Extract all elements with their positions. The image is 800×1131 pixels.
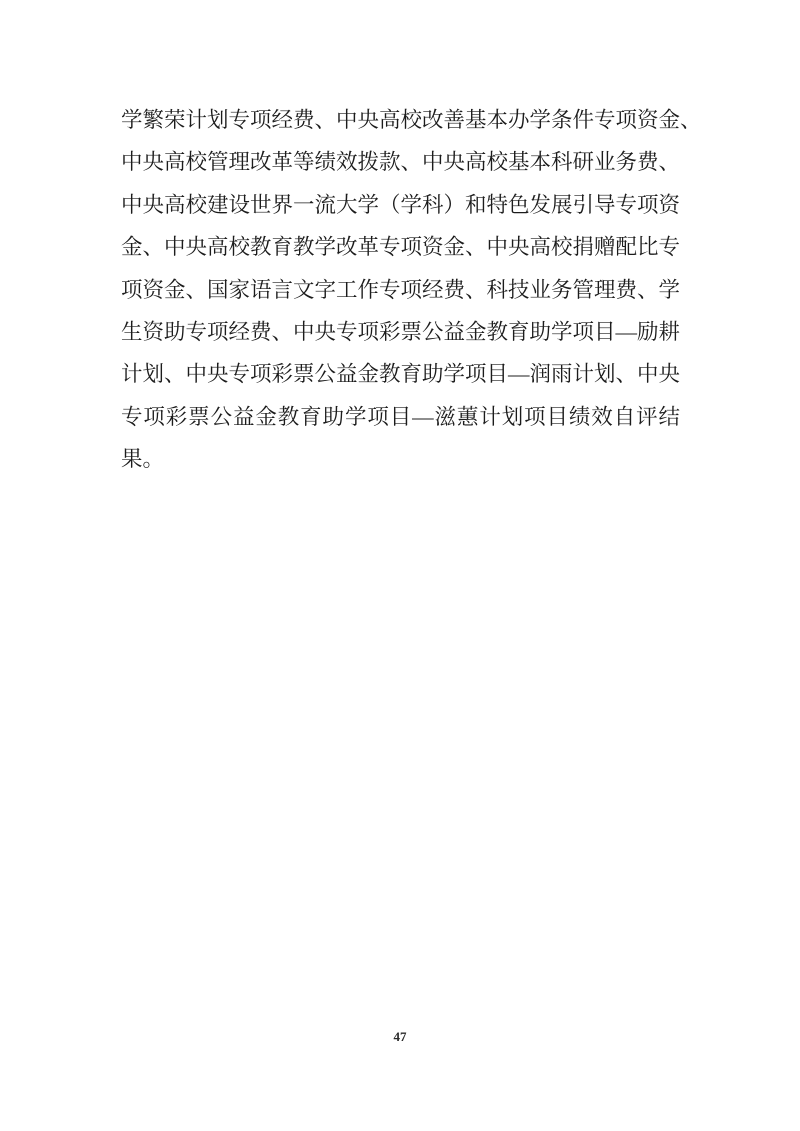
paragraph-line: 专项彩票公益金教育助学项目—滋蕙计划项目绩效自评结	[121, 396, 680, 438]
page-number: 47	[0, 1029, 800, 1045]
paragraph-line: 生资助专项经费、中央专项彩票公益金教育助学项目—励耕	[121, 311, 680, 353]
paragraph-line: 项资金、国家语言文字工作专项经费、科技业务管理费、学	[121, 269, 680, 311]
document-page: 学繁荣计划专项经费、中央高校改善基本办学条件专项资金、 中央高校管理改革等绩效拨…	[0, 0, 800, 1131]
paragraph-line: 学繁荣计划专项经费、中央高校改善基本办学条件专项资金、	[121, 99, 680, 141]
paragraph-line: 中央高校建设世界一流大学（学科）和特色发展引导专项资	[121, 184, 680, 226]
body-paragraph: 学繁荣计划专项经费、中央高校改善基本办学条件专项资金、 中央高校管理改革等绩效拨…	[121, 99, 680, 481]
paragraph-line: 计划、中央专项彩票公益金教育助学项目—润雨计划、中央	[121, 353, 680, 395]
paragraph-line: 中央高校管理改革等绩效拨款、中央高校基本科研业务费、	[121, 141, 680, 183]
paragraph-line: 果。	[121, 438, 680, 480]
paragraph-line: 金、中央高校教育教学改革专项资金、中央高校捐赠配比专	[121, 226, 680, 268]
